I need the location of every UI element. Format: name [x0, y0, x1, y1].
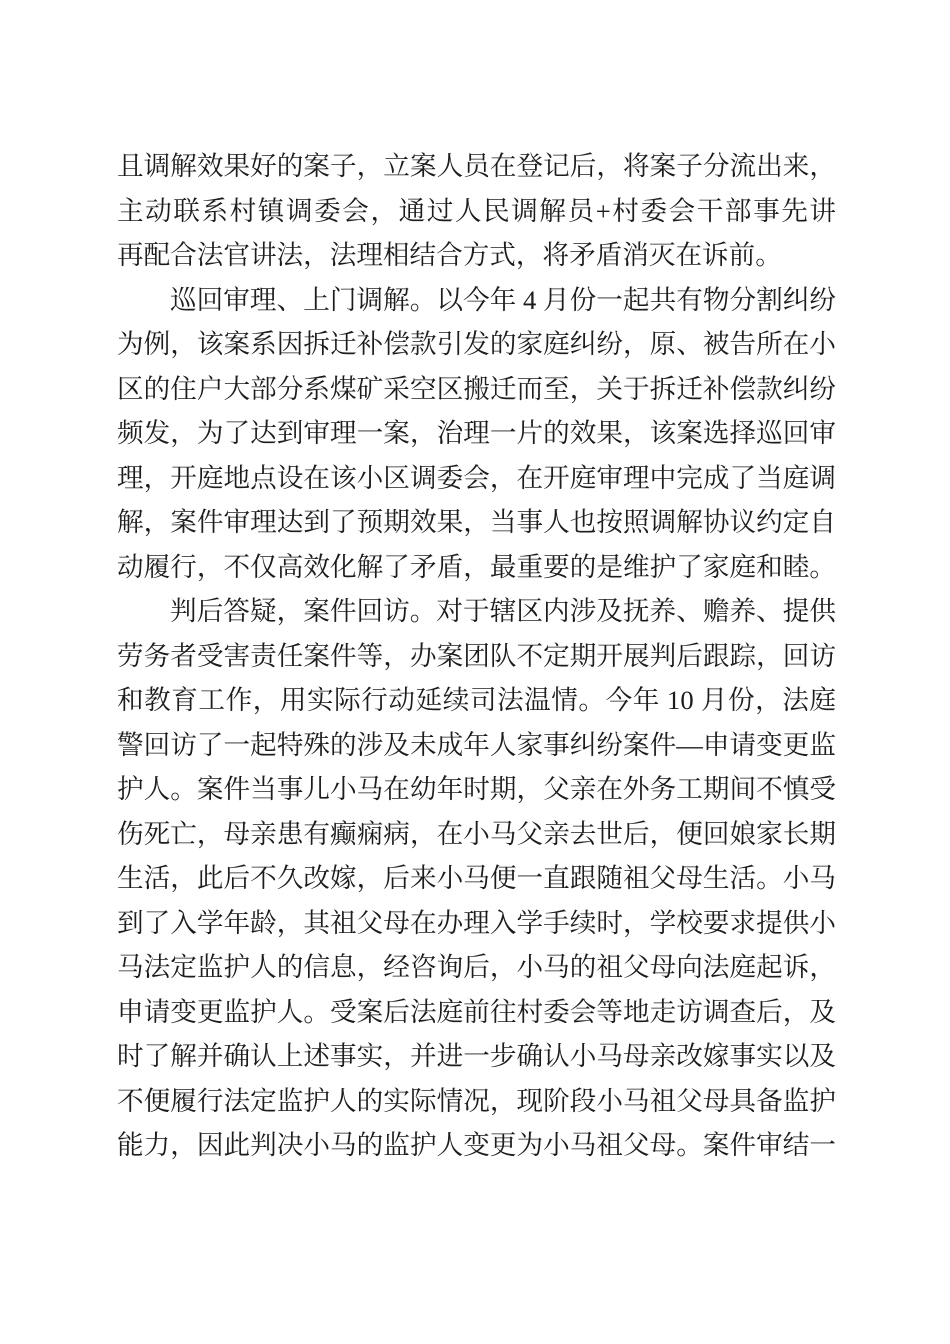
text-line: 频发，为了达到审理一案，治理一片的效果，该案选择巡回审 — [117, 411, 836, 456]
text-line: 解，案件审理达到了预期效果，当事人也按照调解协议约定自 — [117, 500, 836, 545]
document-text-block: 且调解效果好的案子，立案人员在登记后，将案子分流出来，主动联系村镇调委会，通过人… — [117, 144, 836, 1168]
text-line: 护人。案件当事儿小马在幼年时期，父亲在外务工期间不慎受 — [117, 767, 836, 812]
text-line: 警回访了一起特殊的涉及未成年人家事纠纷案件—申请变更监 — [117, 723, 836, 768]
text-line: 不便履行法定监护人的实际情况，现阶段小马祖父母具备监护 — [117, 1079, 836, 1124]
text-line: 判后答疑，案件回访。对于辖区内涉及抚养、赡养、提供 — [117, 589, 836, 634]
text-line: 申请变更监护人。受案后法庭前往村委会等地走访调查后，及 — [117, 990, 836, 1035]
text-line: 到了入学年龄，其祖父母在办理入学手续时，学校要求提供小 — [117, 901, 836, 946]
text-line: 伤死亡，母亲患有癫痫病，在小马父亲去世后，便回娘家长期 — [117, 812, 836, 857]
text-line: 生活，此后不久改嫁，后来小马便一直跟随祖父母生活。小马 — [117, 856, 836, 901]
text-line: 时了解并确认上述事实，并进一步确认小马母亲改嫁事实以及 — [117, 1034, 836, 1079]
text-line: 能力，因此判决小马的监护人变更为小马祖父母。案件审结一 — [117, 1123, 836, 1168]
text-line: 为例，该案系因拆迁补偿款引发的家庭纠纷，原、被告所在小 — [117, 322, 836, 367]
text-line: 和教育工作，用实际行动延续司法温情。今年 10 月份，法庭干 — [117, 678, 836, 723]
text-line: 动履行，不仅高效化解了矛盾，最重要的是维护了家庭和睦。 — [117, 545, 836, 590]
text-line: 理，开庭地点设在该小区调委会，在开庭审理中完成了当庭调 — [117, 456, 836, 501]
text-line: 再配合法官讲法，法理相结合方式，将矛盾消灭在诉前。 — [117, 233, 836, 278]
text-line: 劳务者受害责任案件等，办案团队不定期开展判后跟踪，回访 — [117, 634, 836, 679]
text-line: 巡回审理、上门调解。以今年 4 月份一起共有物分割纠纷 — [117, 278, 836, 323]
text-line: 且调解效果好的案子，立案人员在登记后，将案子分流出来， — [117, 144, 836, 189]
text-line: 马法定监护人的信息，经咨询后，小马的祖父母向法庭起诉， — [117, 945, 836, 990]
text-line: 主动联系村镇调委会，通过人民调解员+村委会干部事先讲理， — [117, 189, 836, 234]
text-line: 区的住户大部分系煤矿采空区搬迁而至，关于拆迁补偿款纠纷 — [117, 367, 836, 412]
document-page: 且调解效果好的案子，立案人员在登记后，将案子分流出来，主动联系村镇调委会，通过人… — [0, 0, 950, 1344]
